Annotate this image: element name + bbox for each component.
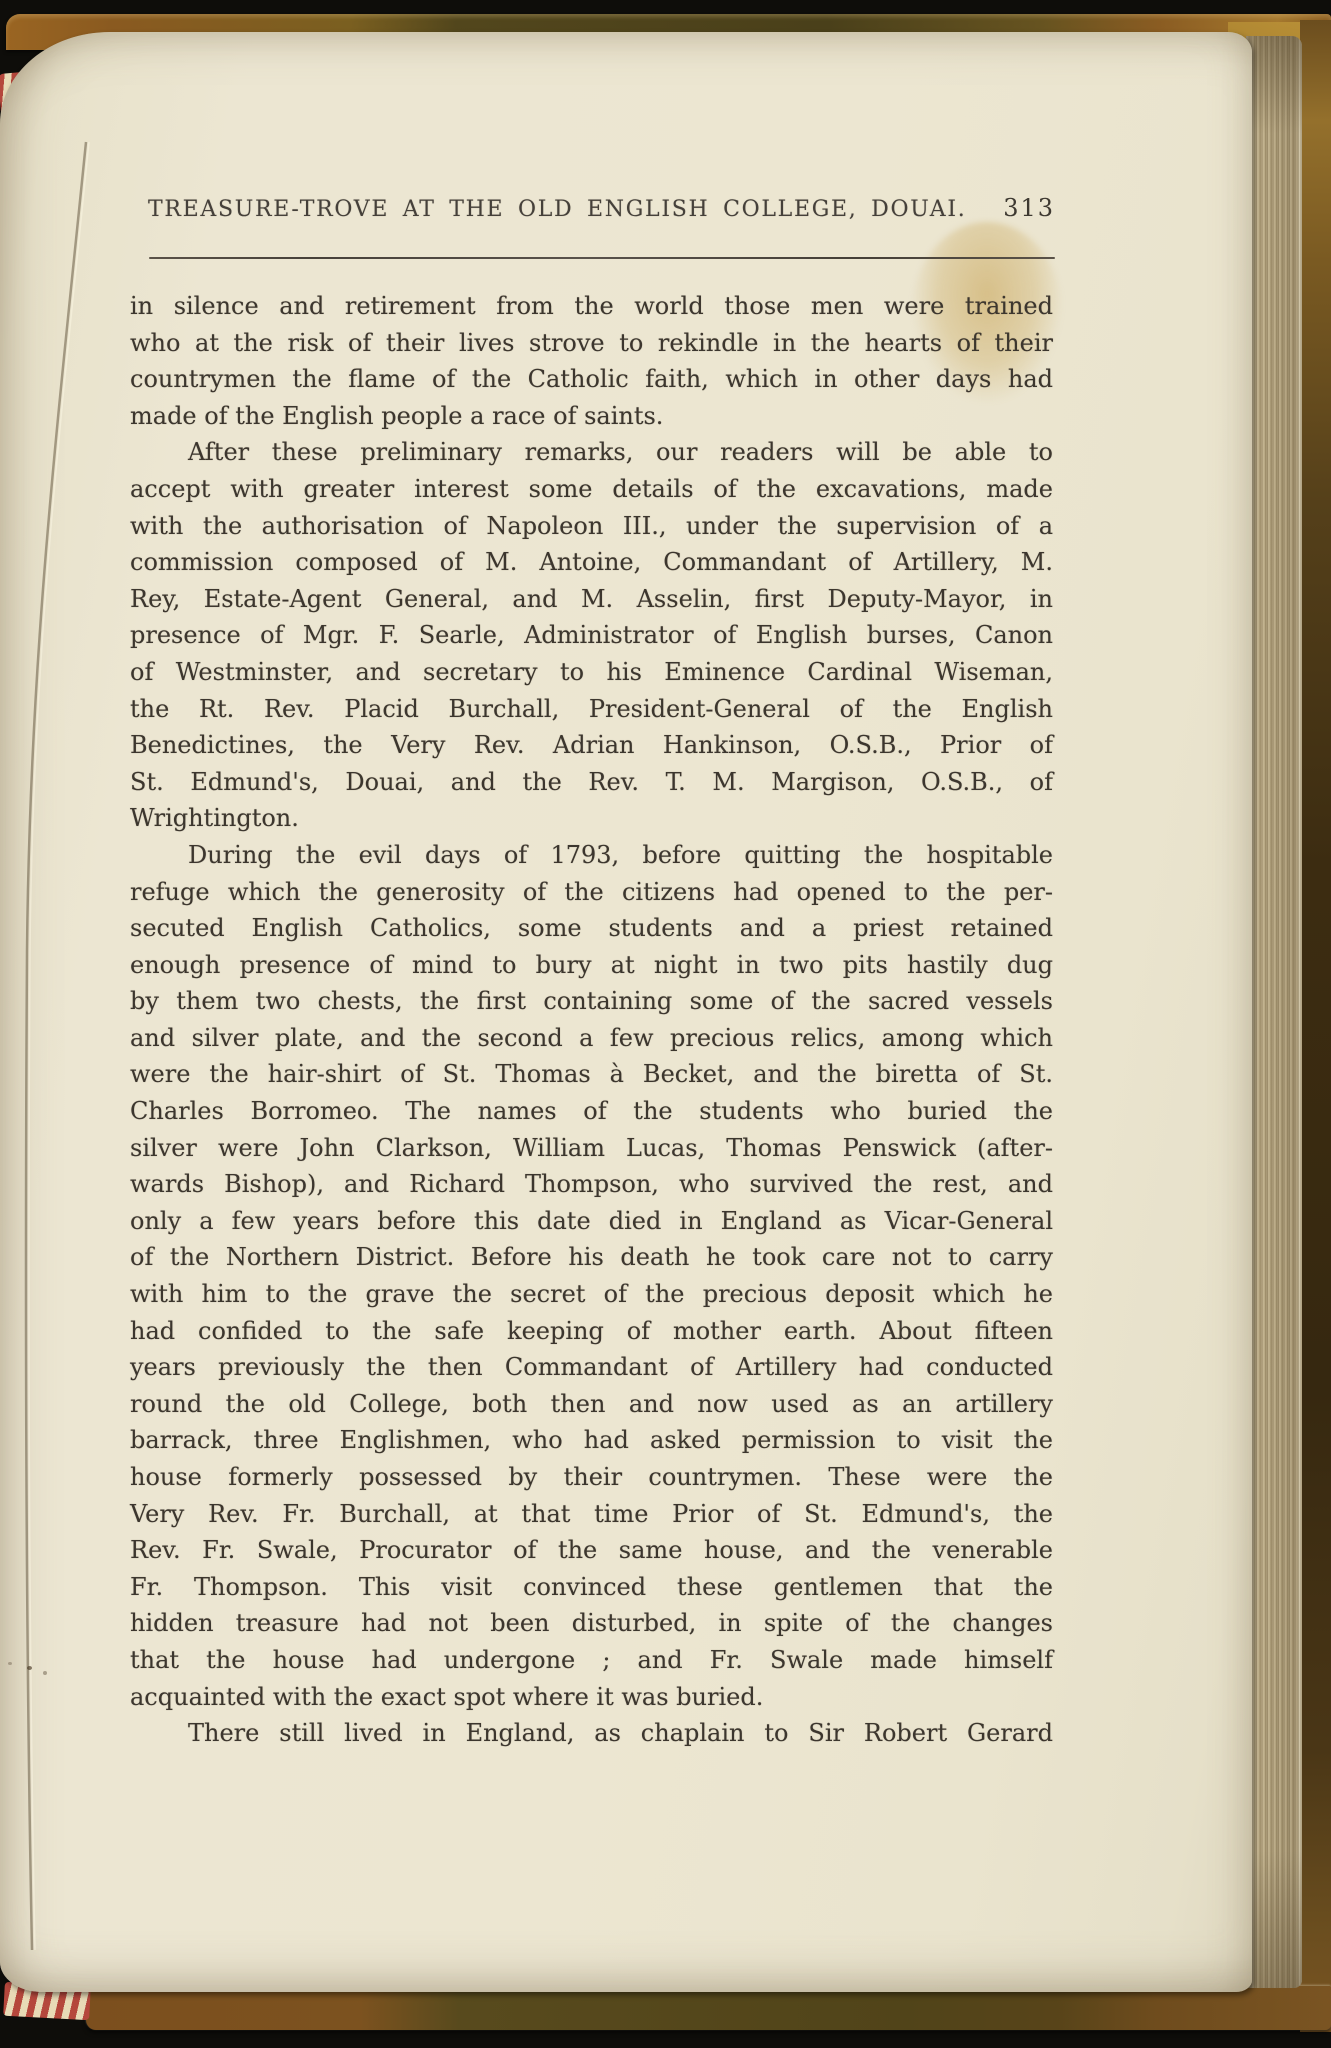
text-line: commission composed of M. Antoine, Comma… (130, 544, 1053, 581)
speck (8, 1662, 12, 1665)
fore-edge-shading (1246, 36, 1302, 1988)
text-line: made of the English people a race of sai… (130, 398, 1053, 435)
text-line: During the evil days of 1793, before qui… (130, 837, 1053, 874)
book-cover-bottom-edge (86, 1986, 1331, 2030)
text-line: who at the risk of their lives strove to… (130, 325, 1053, 362)
text-line: silver were John Clarkson, William Lucas… (130, 1130, 1053, 1167)
text-line: Wrightington. (130, 800, 1053, 837)
text-line: St. Edmund's, Douai, and the Rev. T. M. … (130, 764, 1053, 801)
text-line: enough presence of mind to bury at night… (130, 947, 1053, 984)
text-line: with the authorisation of Napoleon III.,… (130, 508, 1053, 545)
text-line: the Rt. Rev. Placid Burchall, President-… (130, 691, 1053, 728)
text-line: in silence and retirement from the world… (130, 288, 1053, 325)
text-line: Rey, Estate-Agent General, and M. Asseli… (130, 581, 1053, 618)
text-line: refuge which the generosity of the citiz… (130, 874, 1053, 911)
text-line: that the house had undergone ; and Fr. S… (130, 1642, 1053, 1679)
text-line: hidden treasure had not been disturbed, … (130, 1605, 1053, 1642)
page-number: 313 (1003, 194, 1055, 222)
book-cover-right-edge (1300, 20, 1331, 2032)
text-line: with him to the grave the secret of the … (130, 1276, 1053, 1313)
text-line: of Westminster, and secretary to his Emi… (130, 654, 1053, 691)
text-line: had confided to the safe keeping of moth… (130, 1313, 1053, 1350)
text-line: Rev. Fr. Swale, Procurator of the same h… (130, 1532, 1053, 1569)
text-line: presence of Mgr. F. Searle, Administrato… (130, 617, 1053, 654)
text-line: house formerly possessed by their countr… (130, 1459, 1053, 1496)
header-rule (149, 257, 1055, 259)
text-line: secuted English Catholics, some students… (130, 910, 1053, 947)
text-line: barrack, three Englishmen, who had asked… (130, 1422, 1053, 1459)
text-line: years previously the then Commandant of … (130, 1349, 1053, 1386)
text-line: of the Northern District. Before his dea… (130, 1239, 1053, 1276)
text-line: Fr. Thompson. This visit convinced these… (130, 1569, 1053, 1606)
text-line: countrymen the flame of the Catholic fai… (130, 361, 1053, 398)
page-header: TREASURE-TROVE AT THE OLD ENGLISH COLLEG… (148, 194, 1055, 222)
text-line: accept with greater interest some detail… (130, 471, 1053, 508)
text-line: round the old College, both then and now… (130, 1386, 1053, 1423)
body-text: in silence and retirement from the world… (130, 288, 1053, 1752)
text-line: After these preliminary remarks, our rea… (130, 434, 1053, 471)
running-title: TREASURE-TROVE AT THE OLD ENGLISH COLLEG… (148, 197, 966, 222)
speck (43, 1671, 47, 1675)
text-line: Benedictines, the Very Rev. Adrian Hanki… (130, 727, 1053, 764)
text-line: There still lived in England, as chaplai… (130, 1715, 1053, 1752)
text-line: wards Bishop), and Richard Thompson, who… (130, 1166, 1053, 1203)
book-photo: TREASURE-TROVE AT THE OLD ENGLISH COLLEG… (0, 0, 1331, 2048)
text-line: Charles Borromeo. The names of the stude… (130, 1093, 1053, 1130)
text-line: and silver plate, and the second a few p… (130, 1020, 1053, 1057)
text-line: Very Rev. Fr. Burchall, at that time Pri… (130, 1496, 1053, 1533)
speck (27, 1666, 32, 1670)
text-line: only a few years before this date died i… (130, 1203, 1053, 1240)
text-line: by them two chests, the first containing… (130, 983, 1053, 1020)
text-line: were the hair-shirt of St. Thomas à Beck… (130, 1056, 1053, 1093)
text-line: acquainted with the exact spot where it … (130, 1679, 1053, 1716)
